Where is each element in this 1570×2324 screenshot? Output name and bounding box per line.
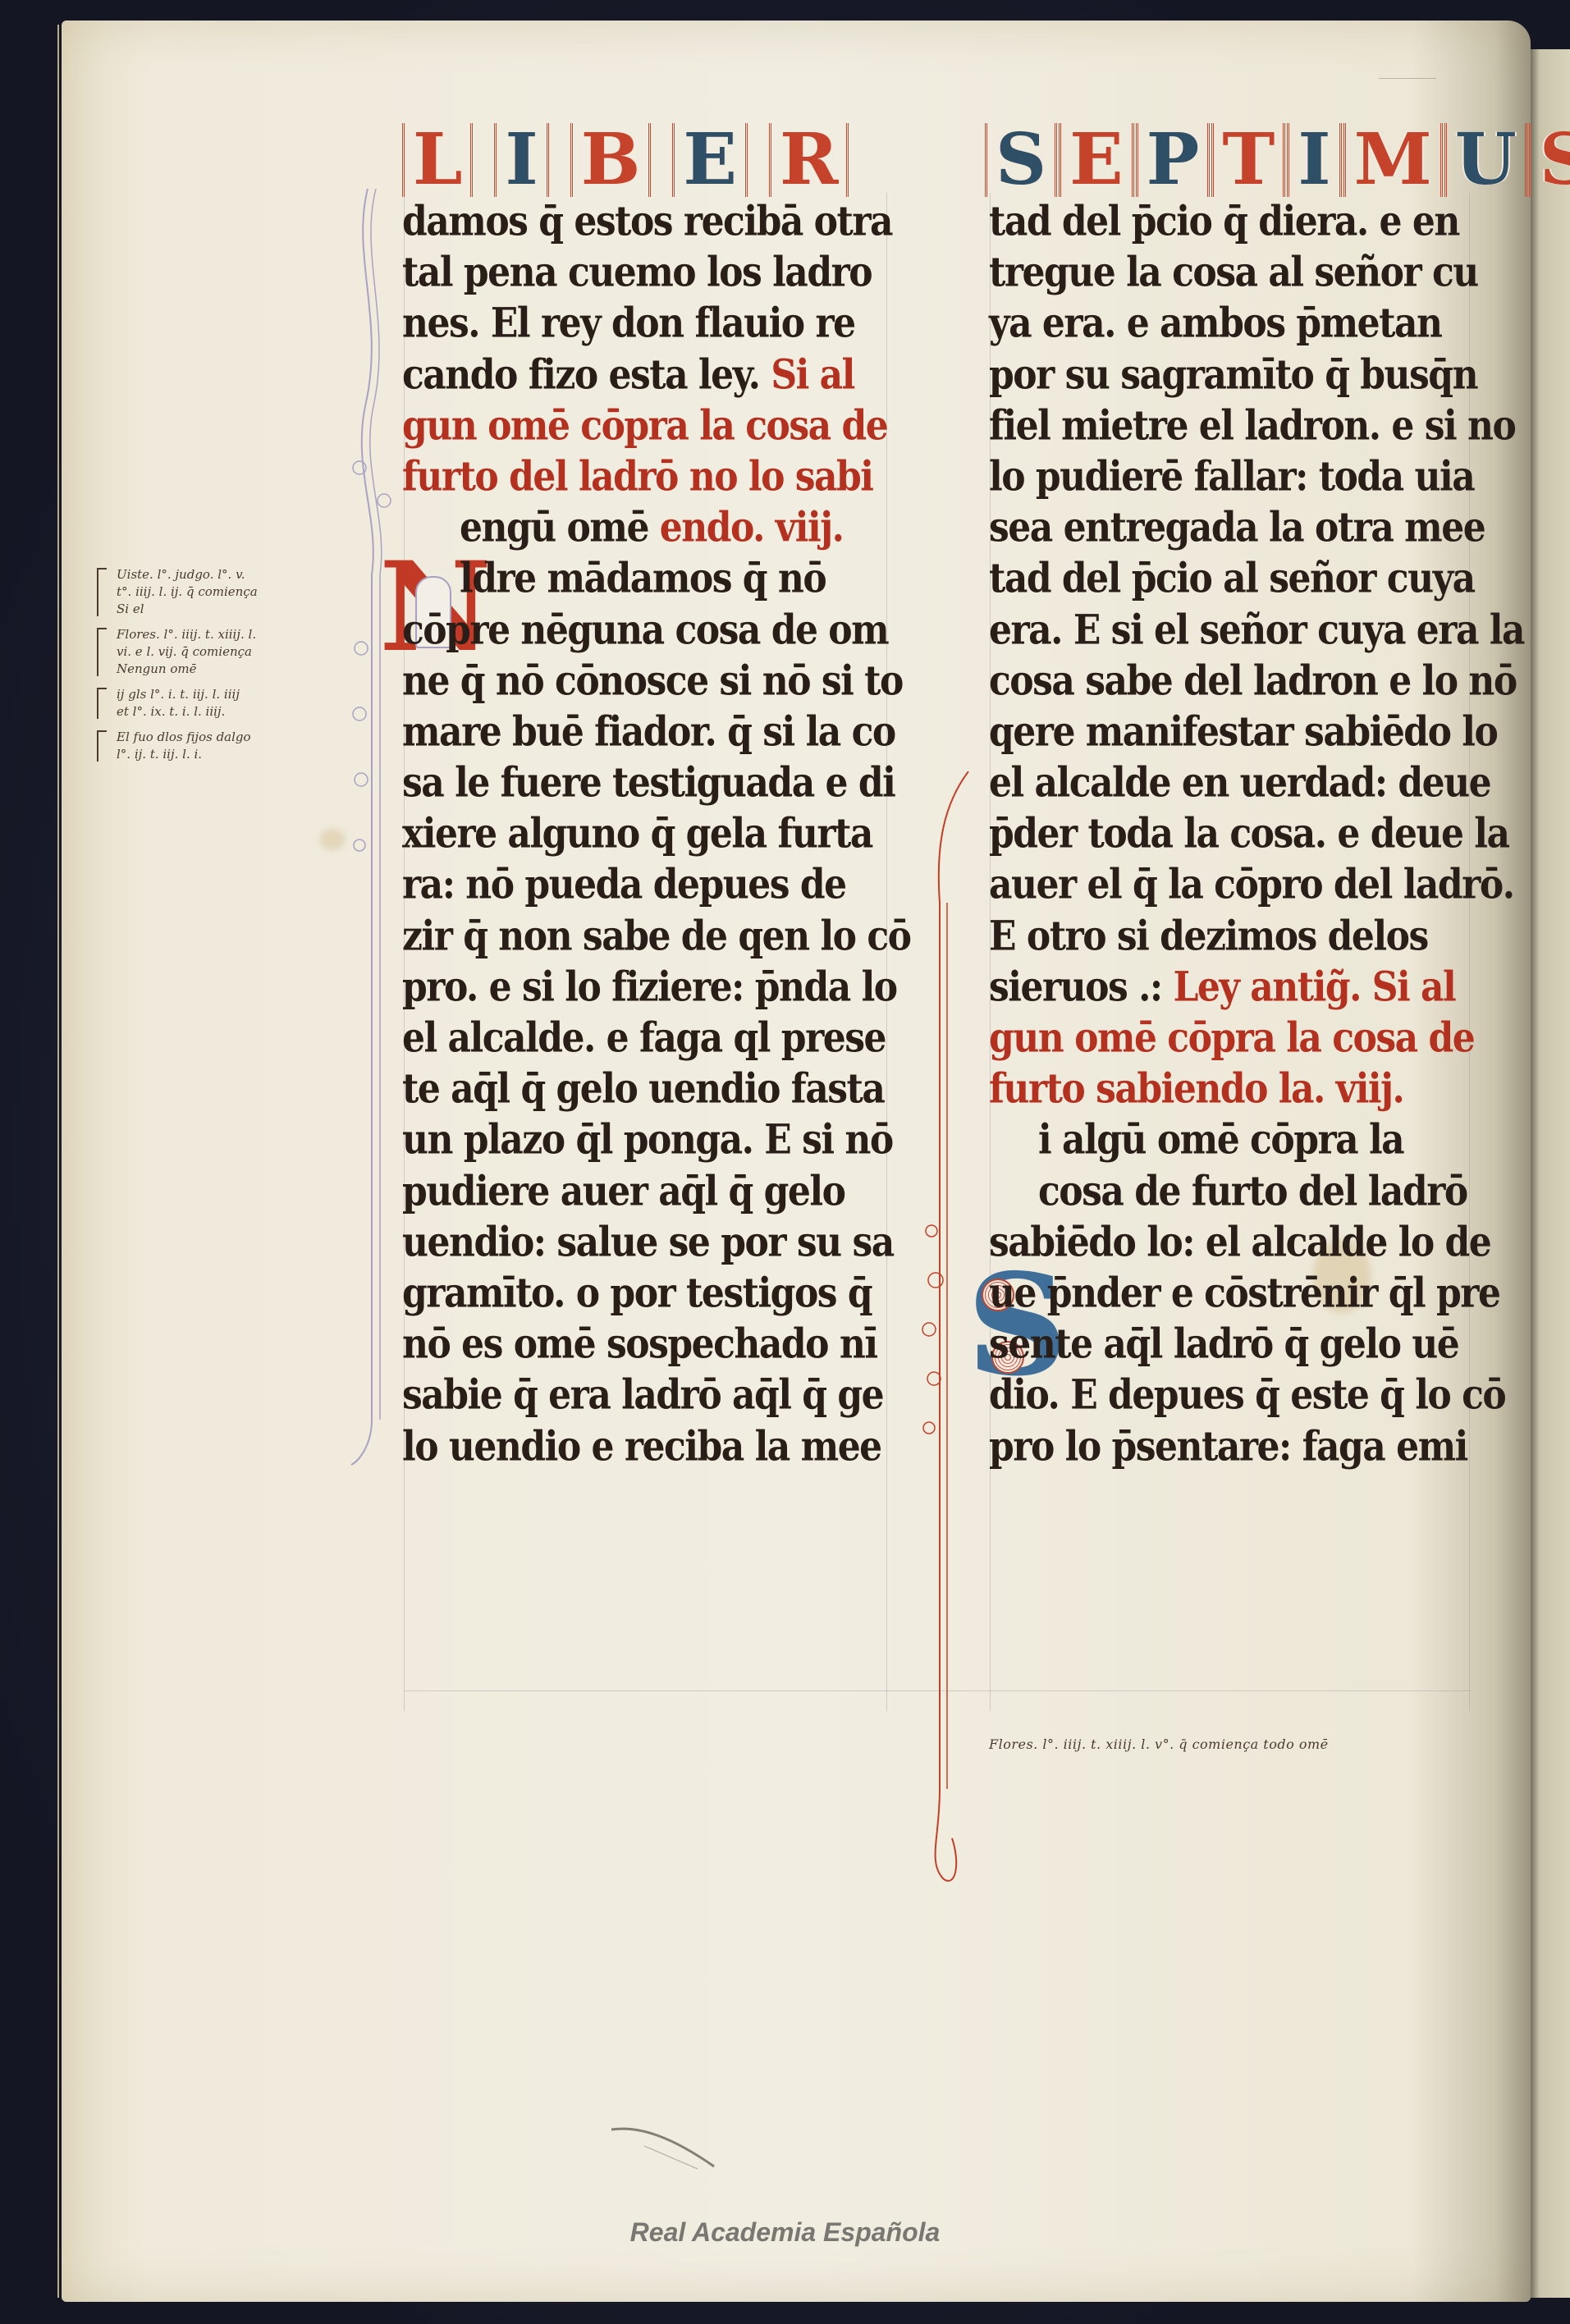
- text-line: mare buē fiador. q̄ si la co: [402, 704, 895, 762]
- margin-note-line: l°. ij. t. iij. l. i.: [117, 746, 353, 763]
- body-text: cōpre nēguna cosa de om: [402, 606, 888, 653]
- text-line: engū omē endo. viij.: [402, 500, 895, 557]
- body-text: tal pena cuemo los ladro: [402, 249, 872, 296]
- text-line: tad del p̄cio q̄ diera. e en: [989, 194, 1473, 251]
- bracket-mark: [97, 730, 107, 762]
- body-text: sea entregada la otra mee: [989, 505, 1485, 551]
- body-text: p̄der toda la cosa. e deue la: [989, 811, 1509, 858]
- text-line: pudiere auer aq̄l q̄ gelo: [402, 1164, 895, 1221]
- header-letter: R: [769, 123, 849, 197]
- rubric-text: Ley antig̃. Si al: [1173, 964, 1455, 1011]
- body-text: qere manifestar sabiēdo lo: [989, 709, 1497, 756]
- rubric-text: furto del ladrō no lo sabi: [402, 454, 873, 501]
- text-line: nes. El rey don flauio re: [402, 296, 895, 354]
- text-line: ne q̄ nō cōnosce si nō si to: [402, 653, 895, 711]
- text-line: furto del ladrō no lo sabi: [402, 449, 895, 506]
- text-line: auer el q̄ la cōpro del ladrō.: [989, 858, 1473, 915]
- body-text: ldre mādamos q̄ nō: [460, 556, 826, 602]
- margin-note: Flores. l°. iiij. t. xiiij. l.vi. e l. v…: [90, 626, 353, 678]
- body-text: gramīto. o por testigos q̄: [402, 1270, 872, 1317]
- facing-page-edge: [1527, 49, 1570, 2298]
- pencil-scribble: [1379, 78, 1436, 98]
- rubric-text: Si al: [771, 351, 854, 398]
- body-text: uendio: salue se por su sa: [402, 1219, 894, 1266]
- body-text: era. E si el señor cuya era la: [989, 606, 1524, 653]
- watermark-real-academia-espanola: Real Academia Española: [0, 2217, 1570, 2248]
- text-line: uendio: salue se por su sa: [402, 1215, 895, 1272]
- text-line: gun omē cōpra la cosa de: [989, 1010, 1473, 1068]
- margin-note: ij gls l°. i. t. iij. l. iiijet l°. ix. …: [90, 686, 353, 721]
- header-letter: T: [1211, 123, 1285, 197]
- body-text: pro lo p̄sentare: faga emi: [989, 1423, 1467, 1470]
- margin-note: El fuo dlos fijos dalgol°. ij. t. iij. l…: [90, 729, 353, 763]
- text-line: ue p̄nder e cōstrēnir q̄l pre: [989, 1265, 1473, 1323]
- body-text: sieruos .:: [989, 964, 1173, 1011]
- body-text: ra: nō pueda depues de: [402, 862, 846, 908]
- text-line: sa le fuere testiguada e di: [402, 755, 895, 812]
- running-header-liber: L I B E R: [402, 107, 849, 197]
- body-text: damos q̄ estos recibā otra: [402, 199, 892, 245]
- rubric-text: gun omē cōpra la cosa de: [989, 1015, 1474, 1062]
- text-line: cando fizo esta ley. Si al: [402, 347, 895, 405]
- body-text: nes. El rey don flauio re: [402, 300, 855, 347]
- text-line: qere manifestar sabiēdo lo: [989, 704, 1473, 762]
- body-text: xiere alguno q̄ gela furta: [402, 811, 872, 858]
- foxing-stain: [320, 829, 345, 850]
- text-line: nō es omē sospechado nī: [402, 1316, 895, 1374]
- text-line: tal pena cuemo los ladro: [402, 245, 895, 302]
- body-text: lo uendio e reciba la mee: [402, 1423, 881, 1470]
- text-line: el alcalde en uerdad: deue: [989, 755, 1473, 812]
- text-line: fiel mietre el ladron. e si no: [989, 398, 1473, 455]
- body-text: tregue la cosa al señor cu: [989, 249, 1478, 296]
- rubric-text: gun omē cōpra la cosa de: [402, 403, 887, 450]
- header-letter: M: [1343, 123, 1443, 197]
- body-text: zir q̄ non sabe de qen lo cō: [402, 913, 910, 959]
- body-text: fiel mietre el ladron. e si no: [989, 403, 1515, 450]
- margin-note-line: Nengun omē: [117, 661, 353, 678]
- text-line: xiere alguno q̄ gela furta: [402, 807, 895, 864]
- header-letter: B: [570, 123, 652, 197]
- body-text: ya era. e ambos p̄metan: [989, 300, 1441, 347]
- body-text: cosa sabe del ladron e lo nō: [989, 658, 1517, 705]
- header-letter: L: [402, 123, 473, 197]
- text-line: cosa sabe del ladron e lo nō: [989, 653, 1473, 711]
- text-line: el alcalde. e faga ql prese: [402, 1010, 895, 1068]
- text-column-right: tad del p̄cio q̄ diera. e entregue la co…: [989, 197, 1473, 1473]
- text-line: lo pudierē fallar: toda uia: [989, 449, 1473, 506]
- text-line: sieruos .: Ley antig̃. Si al: [989, 959, 1473, 1017]
- body-text: sabie q̄ era ladrō aq̄l q̄ ge: [402, 1372, 883, 1419]
- body-text: mare buē fiador. q̄ si la co: [402, 709, 895, 756]
- body-text: cando fizo esta ley.: [402, 351, 771, 398]
- rubric-text: endo. viij.: [660, 505, 844, 551]
- body-text: por su sagramīto q̄ busq̄n: [989, 351, 1477, 398]
- pen-flourish-left: [343, 189, 392, 1469]
- body-text: el alcalde. e faga ql prese: [402, 1015, 886, 1062]
- margin-note-line: Si el: [117, 601, 353, 618]
- text-line: ldre mādamos q̄ nō: [402, 551, 895, 609]
- text-line: te aq̄l q̄ gelo uendio fasta: [402, 1061, 895, 1119]
- bracket-mark: [97, 688, 107, 719]
- text-line: sente aq̄l ladrō q̄ gelo uē: [989, 1316, 1473, 1374]
- margin-note-line: Flores. l°. iiij. t. xiiij. l.: [117, 626, 353, 643]
- bracket-mark: [97, 568, 107, 616]
- header-letter: S: [985, 123, 1057, 197]
- text-line: ra: nō pueda depues de: [402, 858, 895, 915]
- text-line: lo uendio e reciba la mee: [402, 1419, 895, 1476]
- margin-note-line: t°. iiij. l. ij. q̄ comiença: [117, 583, 353, 601]
- body-text: auer el q̄ la cōpro del ladrō.: [989, 862, 1514, 908]
- body-text: sente aq̄l ladrō q̄ gelo uē: [989, 1321, 1458, 1368]
- text-line: cōpre nēguna cosa de om: [402, 602, 895, 660]
- body-text: sabiēdo lo: el alcalde lo de: [989, 1219, 1490, 1266]
- text-line: p̄der toda la cosa. e deue la: [989, 807, 1473, 864]
- text-line: cosa de furto del ladrō: [989, 1164, 1473, 1221]
- body-text: pro. e si lo fiziere: p̄nda lo: [402, 964, 897, 1011]
- margin-note: Uiste. l°. judgo. l°. v.t°. iiij. l. ij.…: [90, 566, 353, 618]
- body-text: dio. E depues q̄ este q̄ lo cō: [989, 1372, 1505, 1419]
- header-letter: S: [1529, 123, 1570, 197]
- bracket-mark: [97, 628, 107, 676]
- pencil-mark: [607, 2121, 739, 2171]
- text-line: era. E si el señor cuya era la: [989, 602, 1473, 660]
- text-line: furto sabiendo la. viij.: [989, 1061, 1473, 1119]
- marginal-annotations: Uiste. l°. judgo. l°. v.t°. iiij. l. ij.…: [90, 566, 353, 771]
- margin-note-line: El fuo dlos fijos dalgo: [117, 729, 353, 746]
- body-text: el alcalde en uerdad: deue: [989, 760, 1490, 807]
- text-line: zir q̄ non sabe de qen lo cō: [402, 908, 895, 966]
- text-line: tregue la cosa al señor cu: [989, 245, 1473, 302]
- text-column-left: damos q̄ estos recibā otratal pena cuemo…: [402, 197, 895, 1473]
- header-letter: I: [494, 123, 548, 197]
- text-line: pro lo p̄sentare: faga emi: [989, 1419, 1473, 1476]
- bottom-annotation: Flores. l°. iiij. t. xiiij. l. v°. q̄ co…: [989, 1736, 1329, 1752]
- header-letter: E: [672, 123, 748, 197]
- text-line: gramīto. o por testigos q̄: [402, 1265, 895, 1323]
- margin-note-line: Uiste. l°. judgo. l°. v.: [117, 566, 353, 583]
- body-text: engū omē: [460, 505, 660, 551]
- text-line: tad del p̄cio al señor cuya: [989, 551, 1473, 609]
- header-letter: U: [1444, 123, 1527, 197]
- text-line: E otro si dezimos delos: [989, 908, 1473, 966]
- body-text: un plazo q̄l ponga. E si nō: [402, 1117, 893, 1164]
- header-letter: E: [1059, 123, 1134, 197]
- body-text: ue p̄nder e cōstrēnir q̄l pre: [989, 1270, 1500, 1317]
- body-text: tad del p̄cio al señor cuya: [989, 556, 1475, 602]
- body-text: cosa de furto del ladrō: [1038, 1168, 1467, 1215]
- body-text: lo pudierē fallar: toda uia: [989, 454, 1474, 501]
- header-letter: P: [1136, 123, 1211, 197]
- body-text: te aq̄l q̄ gelo uendio fasta: [402, 1066, 884, 1113]
- body-text: E otro si dezimos delos: [989, 913, 1428, 959]
- text-line: pro. e si lo fiziere: p̄nda lo: [402, 959, 895, 1017]
- text-line: ya era. e ambos p̄metan: [989, 296, 1473, 354]
- text-line: gun omē cōpra la cosa de: [402, 398, 895, 455]
- body-text: ne q̄ nō cōnosce si nō si to: [402, 658, 903, 705]
- text-line: por su sagramīto q̄ busq̄n: [989, 347, 1473, 405]
- body-text: i algū omē cōpra la: [1038, 1117, 1403, 1164]
- running-header-septimus: S E P T I M U S: [985, 107, 1570, 197]
- margin-note-line: ij gls l°. i. t. iij. l. iiij: [117, 686, 353, 703]
- text-line: i algū omē cōpra la: [989, 1113, 1473, 1170]
- text-line: sabiēdo lo: el alcalde lo de: [989, 1215, 1473, 1272]
- text-line: damos q̄ estos recibā otra: [402, 194, 895, 251]
- body-text: nō es omē sospechado nī: [402, 1321, 877, 1368]
- text-line: sea entregada la otra mee: [989, 500, 1473, 557]
- body-text: pudiere auer aq̄l q̄ gelo: [402, 1168, 845, 1215]
- header-letter: I: [1287, 123, 1341, 197]
- margin-note-line: vi. e l. vij. q̄ comiença: [117, 643, 353, 661]
- text-line: sabie q̄ era ladrō aq̄l q̄ ge: [402, 1368, 895, 1425]
- body-text: tad del p̄cio q̄ diera. e en: [989, 199, 1459, 245]
- text-line: un plazo q̄l ponga. E si nō: [402, 1113, 895, 1170]
- body-text: sa le fuere testiguada e di: [402, 760, 895, 807]
- rubric-text: furto sabiendo la. viij.: [989, 1066, 1403, 1113]
- margin-note-line: et l°. ix. t. i. l. iiij.: [117, 703, 353, 721]
- text-line: dio. E depues q̄ este q̄ lo cō: [989, 1368, 1473, 1425]
